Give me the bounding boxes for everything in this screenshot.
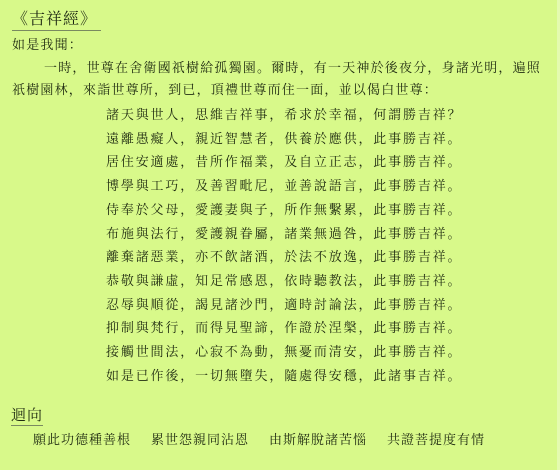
verse-line: 居住安適處，昔所作福業，及自立正志，此事勝吉祥。 [106,151,462,175]
dedication-phrase: 由斯解脫諸苦惱 [269,433,367,448]
verse-line: 忍辱與順從，謁見諸沙門，適時討論法，此事勝吉祥。 [106,294,462,318]
narrative-line-2: 祇樹園林，來詣世尊所，到已，頂禮世尊而住一面，並以偈白世尊： [12,82,438,100]
verse-line: 離棄諸惡業，亦不飲諸酒，於法不放逸，此事勝吉祥。 [106,246,462,270]
verse-line: 博學與工巧，及善習毗尼，並善說語言，此事勝吉祥。 [106,175,462,199]
dedication-verse: 願此功德種善根累世怨親同沾恩由斯解脫諸苦惱共證菩提度有情 [33,432,505,450]
narrative-line-1: 一時，世尊在舍衛國祇樹給孤獨園。爾時，有一天神於後夜分，身諸光明，遍照 [44,60,541,78]
verse-block: 諸天與世人，思維吉祥事，希求於幸福，何謂勝吉祥？ 遠離愚癡人，親近智慧者，供養於… [106,104,462,388]
verse-line: 布施與法行，愛護親眷屬，諸業無過咎，此事勝吉祥。 [106,223,462,247]
dedication-phrase: 累世怨親同沾恩 [151,433,249,448]
dedication-phrase: 共證菩提度有情 [387,433,485,448]
dedication-phrase: 願此功德種善根 [33,433,131,448]
verse-line: 諸天與世人，思維吉祥事，希求於幸福，何謂勝吉祥？ [106,104,462,128]
sutra-title: 《吉祥經》 [12,8,101,31]
dedication-heading: 迴向 [11,405,43,426]
verse-line: 如是已作後，一切無墮失，隨處得安穩，此諸事吉祥。 [106,365,462,389]
verse-line: 抑制與梵行，而得見聖諦，作證於涅槃，此事勝吉祥。 [106,317,462,341]
verse-line: 接觸世間法，心寂不為動，無憂而清安，此事勝吉祥。 [106,341,462,365]
verse-line: 侍奉於父母，愛護妻與子，所作無繫累，此事勝吉祥。 [106,199,462,223]
verse-line: 恭敬與謙虛，知足常感恩，依時聽教法，此事勝吉祥。 [106,270,462,294]
opening-line: 如是我聞： [12,37,83,55]
verse-line: 遠離愚癡人，親近智慧者，供養於應供，此事勝吉祥。 [106,128,462,152]
title-block: 《吉祥經》 [12,8,101,31]
